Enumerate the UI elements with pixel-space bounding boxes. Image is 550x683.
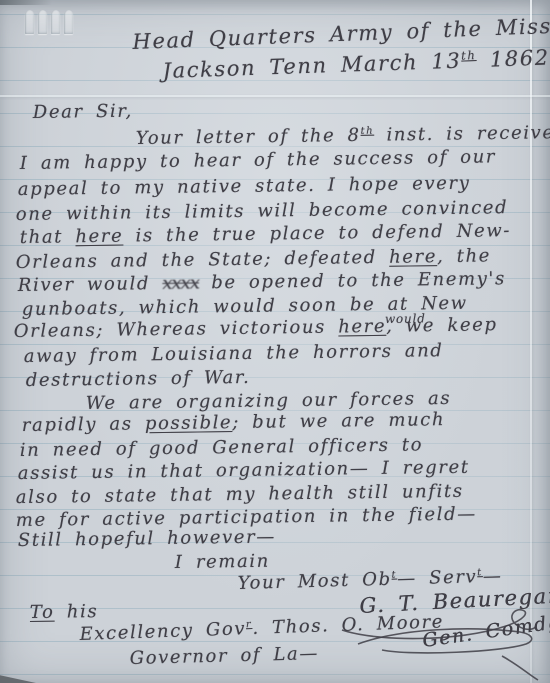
letter-text-segment: inst. is received, xyxy=(374,122,550,146)
letter-text-segment: th xyxy=(361,126,375,137)
letter-line-b5: that here is the true place to defend Ne… xyxy=(20,220,511,248)
letter-line-b11: destructions of War. xyxy=(26,367,251,391)
embossed-seal-bar xyxy=(51,10,60,34)
letter-text-segment: appeal to my native state. I hope every xyxy=(18,173,471,200)
letter-text-segment: Jackson Tenn March 13 xyxy=(162,49,462,83)
letter-text-segment: xxxx xyxy=(162,272,199,294)
letter-text-segment: Governor of La— xyxy=(129,643,319,669)
letter-line-b14: in need of good General officers to xyxy=(20,434,424,461)
letter-text-segment: Still hopeful however— xyxy=(18,526,276,551)
letter-text-segment: 1862. xyxy=(476,45,550,72)
letter-line-b13: rapidly as possible; but we are much xyxy=(22,409,446,436)
letter-text-segment: Dear Sir, xyxy=(33,101,133,123)
letter-sheet: Head Quarters Army of the MississippiJac… xyxy=(0,0,550,683)
letter-line-b10: away from Louisiana the horrors and xyxy=(24,340,444,367)
embossed-seal xyxy=(24,6,76,36)
letter-text-segment: — Serv xyxy=(397,566,478,589)
fold-crease-horizontal xyxy=(0,95,550,97)
letter-text-segment: assist us in that organization— I regret xyxy=(18,457,470,484)
embossed-seal-bar xyxy=(25,10,34,34)
letter-text-segment: destructions of War. xyxy=(26,367,251,391)
letter-text-segment: possible xyxy=(145,412,233,434)
letter-text-segment: in need of good General officers to xyxy=(20,434,424,461)
letter-line-close-1: I remain xyxy=(175,551,270,573)
scan-corner-bottom-left xyxy=(0,671,36,683)
letter-line-salutation: Dear Sir, xyxy=(33,101,133,123)
scan-edge-top-left xyxy=(0,0,52,5)
letter-text-segment: is the true place to defend New- xyxy=(123,220,511,246)
letter-text-segment: Excellency Gov xyxy=(79,618,246,645)
letter-text-segment: Your letter of the 8 xyxy=(136,125,361,149)
letter-line-addr-3: Governor of La— xyxy=(129,643,319,669)
letter-text-segment: th xyxy=(461,48,477,63)
letter-text-segment: that xyxy=(20,226,76,248)
letter-text-segment: I remain xyxy=(175,551,270,573)
letter-line-b3: appeal to my native state. I hope every xyxy=(18,173,471,200)
letter-line-addr-2: Excellency Govr. Thos. O. Moore xyxy=(79,611,444,645)
letter-text-segment: rapidly as xyxy=(22,413,145,436)
letter-line-addr-1: To his xyxy=(30,601,99,623)
letter-text-segment: away from Louisiana the horrors and xyxy=(24,340,444,367)
embossed-seal-bar xyxy=(38,10,47,34)
letter-text-segment: . Thos. O. Moore xyxy=(252,611,444,639)
letter-text-segment: ; but we are much xyxy=(232,409,445,433)
embossed-seal-bar xyxy=(64,10,73,34)
letter-line-b15: assist us in that organization— I regret xyxy=(18,457,470,484)
letter-text-segment: here xyxy=(75,226,123,248)
letter-text-segment: I am happy to hear of the success of our xyxy=(20,146,496,174)
letter-line-b1: Your letter of the 8th inst. is received… xyxy=(136,122,550,149)
fold-crease-vertical xyxy=(530,0,532,683)
letter-text-segment: Orleans and the State; defeated xyxy=(16,247,390,273)
letter-text-segment: Orleans; Whereas victorious xyxy=(14,316,339,342)
letter-text-segment: River would xyxy=(18,273,163,296)
letter-line-b18: Still hopeful however— xyxy=(18,526,276,551)
letter-line-b2: I am happy to hear of the success of our xyxy=(20,146,496,174)
letter-text-segment: here xyxy=(338,316,386,338)
letter-text-segment: To xyxy=(30,602,55,623)
letter-line-heading-2: Jackson Tenn March 13th 1862. xyxy=(162,45,550,83)
letter-text-segment: , the xyxy=(437,245,491,267)
letter-text-segment: , we keep xyxy=(386,314,498,337)
letter-line-b7: River would xxxx be opened to the Enemy'… xyxy=(18,268,506,296)
letter-text-segment: Your Most Ob xyxy=(237,569,392,594)
letter-text-segment: — xyxy=(483,566,503,588)
letter-text-segment: be opened to the Enemy's xyxy=(199,268,506,293)
letter-text-segment: here xyxy=(389,246,437,268)
letter-text-segment: his xyxy=(54,601,98,623)
